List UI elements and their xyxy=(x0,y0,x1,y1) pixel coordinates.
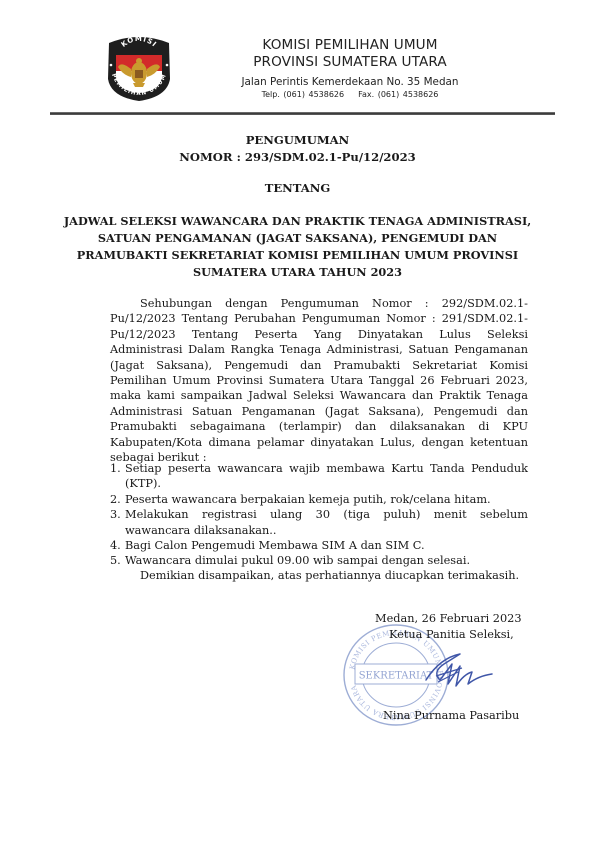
list-item-number: 4. xyxy=(110,538,121,553)
letterhead-text: KOMISI PEMILIHAN UMUM PROVINSI SUMATERA … xyxy=(225,37,475,101)
signature-place-date: Medan, 26 Februari 2023 xyxy=(375,611,522,626)
list-item: 2.Peserta wawancara berpakaian kemeja pu… xyxy=(110,492,528,507)
list-item-number: 5. xyxy=(110,553,121,568)
intro-paragraph: Sehubungan dengan Pengumuman Nomor : 292… xyxy=(110,296,528,465)
list-item-number: 1. xyxy=(110,461,121,476)
kpu-logo: KOMISI PEMILIHAN UMUM xyxy=(103,33,175,103)
closing-text: Demikian disampaikan, atas perhatiannya … xyxy=(140,568,540,583)
signature-position: Ketua Panitia Seleksi, xyxy=(389,627,514,642)
list-item-text: Wawancara dimulai pukul 09.00 wib sampai… xyxy=(125,554,470,567)
signature-scribble-icon xyxy=(422,650,497,695)
list-item-text: Setiap peserta wawancara wajib membawa K… xyxy=(125,462,528,490)
list-item-text: Melakukan registrasi ulang 30 (tiga pulu… xyxy=(125,508,528,536)
letterhead-divider xyxy=(50,112,555,115)
announcement-number: NOMOR : 293/SDM.02.1-Pu/12/2023 xyxy=(60,150,535,164)
list-item-number: 3. xyxy=(110,507,121,522)
org-fax: Fax. (061) 4538626 xyxy=(358,90,438,99)
org-phone: Telp. (061) 4538626 xyxy=(262,90,345,99)
list-item: 1.Setiap peserta wawancara wajib membawa… xyxy=(110,461,528,492)
announcement-heading: PENGUMUMAN xyxy=(60,133,535,147)
signatory-name: Nina Purnama Pasaribu xyxy=(383,708,519,723)
list-item-number: 2. xyxy=(110,492,121,507)
requirements-list: 1.Setiap peserta wawancara wajib membawa… xyxy=(110,461,528,569)
handwritten-signature xyxy=(422,650,497,695)
list-item: 3.Melakukan registrasi ulang 30 (tiga pu… xyxy=(110,507,528,538)
kpu-garuda-logo-icon: KOMISI PEMILIHAN UMUM xyxy=(103,33,175,103)
list-item: 5.Wawancara dimulai pukul 09.00 wib samp… xyxy=(110,553,528,568)
org-name: KOMISI PEMILIHAN UMUM xyxy=(225,37,475,54)
announcement-subject: JADWAL SELEKSI WAWANCARA DAN PRAKTIK TEN… xyxy=(60,213,535,281)
list-item-text: Peserta wawancara berpakaian kemeja puti… xyxy=(125,493,491,506)
org-address: Jalan Perintis Kemerdekaan No. 35 Medan xyxy=(225,76,475,89)
org-province: PROVINSI SUMATERA UTARA xyxy=(225,54,475,71)
body-paragraph: Sehubungan dengan Pengumuman Nomor : 292… xyxy=(110,296,528,465)
org-contact: Telp. (061) 4538626Fax. (061) 4538626 xyxy=(225,89,475,101)
list-item-text: Bagi Calon Pengemudi Membawa SIM A dan S… xyxy=(125,539,425,552)
announcement-about: TENTANG xyxy=(60,181,535,195)
list-item: 4.Bagi Calon Pengemudi Membawa SIM A dan… xyxy=(110,538,528,553)
